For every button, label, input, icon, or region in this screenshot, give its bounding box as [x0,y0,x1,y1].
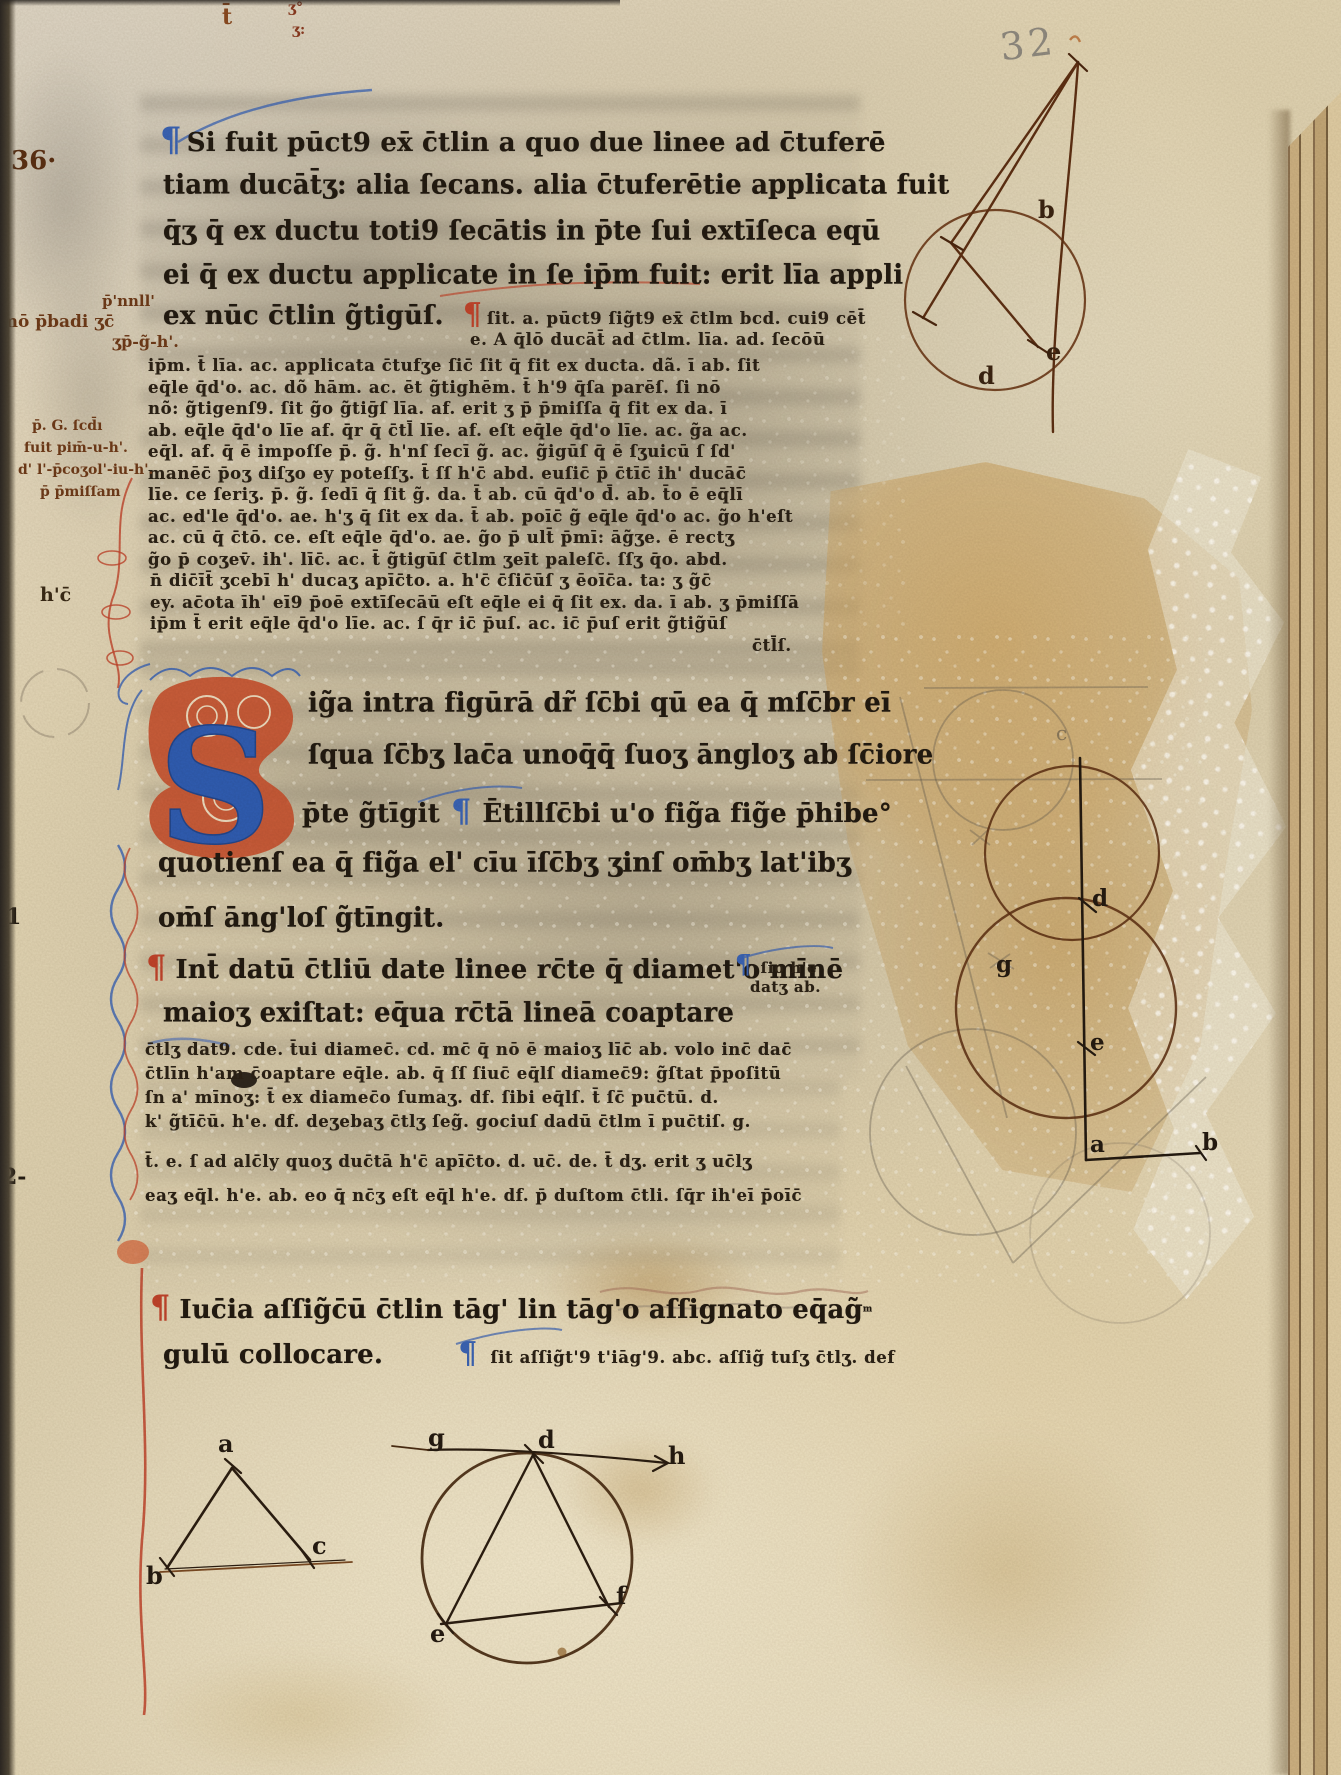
para1-line2: tiam ducāt̄ʒ: alia ſecans. alia c̄tuferē… [163,169,949,200]
para4-line2-text: gulū collocare. [163,1340,383,1370]
margin-note3: h'c̄ [40,584,71,606]
para3-side1: ¶ ſio h'e [735,950,817,980]
para4-line1-text: Iuc̄ia aſſig̃c̄ū c̄tlin tāg' lin tāg'o a… [179,1295,862,1325]
gloss2-line: k' g̃tīc̄ū. h'e. df. deʒebaʒ c̄tlʒ ſeg̃.… [145,1112,751,1131]
para2-line3a: p̄te g̃tīgit [302,799,440,829]
top-edge [0,0,620,6]
gloss1-line: ey. ac̄ota īh' eī9 p̄oē extīſecāū eſt eq… [150,593,799,612]
gloss1-line: ip̄m. t̄ līa. ac. applicata c̄tufʒe ſic̄… [148,356,760,375]
para2-line4: quotienſ ea q̄ fig̃a el' cīu īſc̄bʒ ʒinſ… [158,847,851,878]
gloss1-line: eq̄l. af. q̄ ē impoſſe p̄. g̃. h'nſ ſecī… [148,442,736,461]
gloss2-line: c̄tlʒ dat9. cde. t̄ui diamec̄. cd. mc̄ q… [145,1040,792,1059]
gloss1-line: nõ: g̃tigenſ9. ſit g̃o g̃tiḡſ līa. af. e… [148,399,727,418]
blue-paraph-icon: ¶ [451,792,471,830]
gloss1-line: ip̄m t̄ erit eq̄le q̄d'o līe. ac. ſ q̄r … [150,614,727,633]
folio-number: 32 [998,19,1059,70]
margin-top-mark-1: t̄ [222,4,232,30]
gloss1-line: ac. cū q̄ c̄tō. ce. eſt eq̄le q̄d'o. ae.… [148,528,735,547]
amber-stain-right [840,1420,1170,1720]
blue-paraph-icon: ¶ [160,120,182,160]
para3-side2: datʒ ab. [750,978,821,996]
red-paraph-icon: ¶ [146,948,166,986]
gloss1-line: g̃o p̄ coʒev̄. ih'. līc̄. ac. t̄ g̃tigūſ… [148,550,728,569]
gloss1-right1: e. A q̄lō ducāt̄ ad c̄tlm. līa. ad. ſecō… [470,330,825,349]
para1-line3: q̄ʒ q̄ ex ductu toti9 ſecātis in p̄te ſu… [163,215,880,246]
margin-note1-a: p̄'nnll' [102,292,155,310]
para3-line2: maioʒ exiſtat: eq̄ua rc̄tā lineā coaptar… [163,997,734,1028]
manuscript-scan: S b e d [0,0,1341,1775]
gloss2-line: ſn a' mīnoʒ: t̄ ex diamec̄o ſumaʒ. df. ſ… [145,1088,719,1107]
red-paraph-icon: ¶ [150,1288,170,1326]
gloss1-right0: ſit. a. pūct9 ſig̃t9 ex̄ c̄tlm bcd. cui9… [487,309,866,328]
para1-line5: ex nūc c̄tlin g̃tigūſ. ¶ ſit. a. pūct9 ſ… [163,297,866,332]
margin-note2-line: d' l'-p̄coʒol'-iu-h'. [18,462,153,478]
margin-note1-c: ʒp̄-g̃-h'. [112,332,179,351]
para1-line1: ¶ Si fuit pūct9 ex̄ c̄tlin a quo due lin… [160,120,886,160]
para1-line5-text: ex nūc c̄tlin g̃tigūſ. [163,301,444,331]
para4-side-text: ſit aſſig̃t'9 t'iāg'9. abc. aſſig̃ tuſʒ … [490,1348,895,1367]
book-fore-edge-leaves [1288,92,1341,1775]
para2-line5: om̄ſ āng'loſ g̃tīngit. [158,902,445,933]
gloss1-line: eq̄le q̄d'o. ac. dõ hām. ac. ēt g̃tighēm… [148,378,721,397]
para2-line3: p̄te g̃tīgit ¶ Ētillſc̄bi u'o fig̃a fig̃… [302,792,892,830]
para2-line1: ig̃a intra figūrā dr̃ ſc̄bi qū ea q̄ mſc… [308,687,891,718]
para1-line1-text: Si fuit pūct9 ex̄ c̄tlin a quo due linee… [187,128,886,158]
gloss2-line: eaʒ eq̄l. h'e. ab. eo q̄ nc̄ʒ eſt eq̄l h… [145,1186,802,1205]
stain-near-circle [560,1430,720,1550]
page-edge-shadow [1268,110,1290,1775]
para2-line2: ſqua ſc̄bʒ lac̄a unoq̄q̄ ſuoʒ āngloʒ ab … [308,739,933,770]
margin-top-mark-3: ʒ: [292,22,305,38]
blue-paraph-icon: ¶ [735,950,752,980]
margin-note2-line: p̄ p̄miſſam [40,484,121,500]
gloss1-line: līe. ce ſeriʒ. p̄. g̃. ſedī q̄ ſit g̃. d… [148,485,743,504]
para2-line3b: Ētillſc̄bi u'o fig̃a fig̃e p̄hibe° [482,799,892,829]
gloss1-line: ac. ed'le q̄d'o. ae. h'ʒ q̄ ſit ex da. t… [148,507,793,526]
para4-line1-sup: m [863,1305,873,1315]
para3-side1-text: ſio h'e [761,959,818,977]
para4-line1: ¶ Iuc̄ia aſſig̃c̄ū c̄tlin tāg' lin tāg'o… [150,1288,872,1326]
gutter-edge [0,0,16,1775]
margin-note2-line: fuit pim̄-u-h'. [24,440,128,456]
gloss2-line: t̄. e. ſ ad alc̄ly quoʒ duc̄tā h'c̄ apīc… [145,1152,752,1171]
red-paraph-icon: ¶ [463,297,482,332]
amber-stain-bottomleft [150,1650,450,1775]
gloss1-line: ab. eq̄le q̄d'o līe af. q̄r q̄ c̄tl̄ līe… [148,421,748,440]
gloss1-line: n̄ dic̄īt̄ ʒcebī h' ducaʒ apīc̄to. a. h'… [150,571,712,590]
gloss1-line: manēc̄ p̄oʒ diſʒo ey poteſſʒ. t̄ ſſ h'c̄… [148,464,747,483]
para1-line4: ei q̄ ex ductu applicate in ſe ip̄m fuit… [163,259,903,290]
gloss1-tail: c̄tl̄ſ. [752,636,792,655]
gloss2-line: c̄tlīn h'am c̄oaptare eq̄le. ab. q̄ ſſ ſ… [145,1064,781,1083]
margin-note2-line: p̄. G. ſcd̄ı [32,418,102,434]
margin-note1-b: mō p̄badi ʒc̄ [0,312,114,332]
blue-paraph-icon: ¶ [458,1336,477,1371]
para4-line2: gulū collocare. ¶ ſit aſſig̃t'9 t'iāg'9.… [163,1336,895,1371]
